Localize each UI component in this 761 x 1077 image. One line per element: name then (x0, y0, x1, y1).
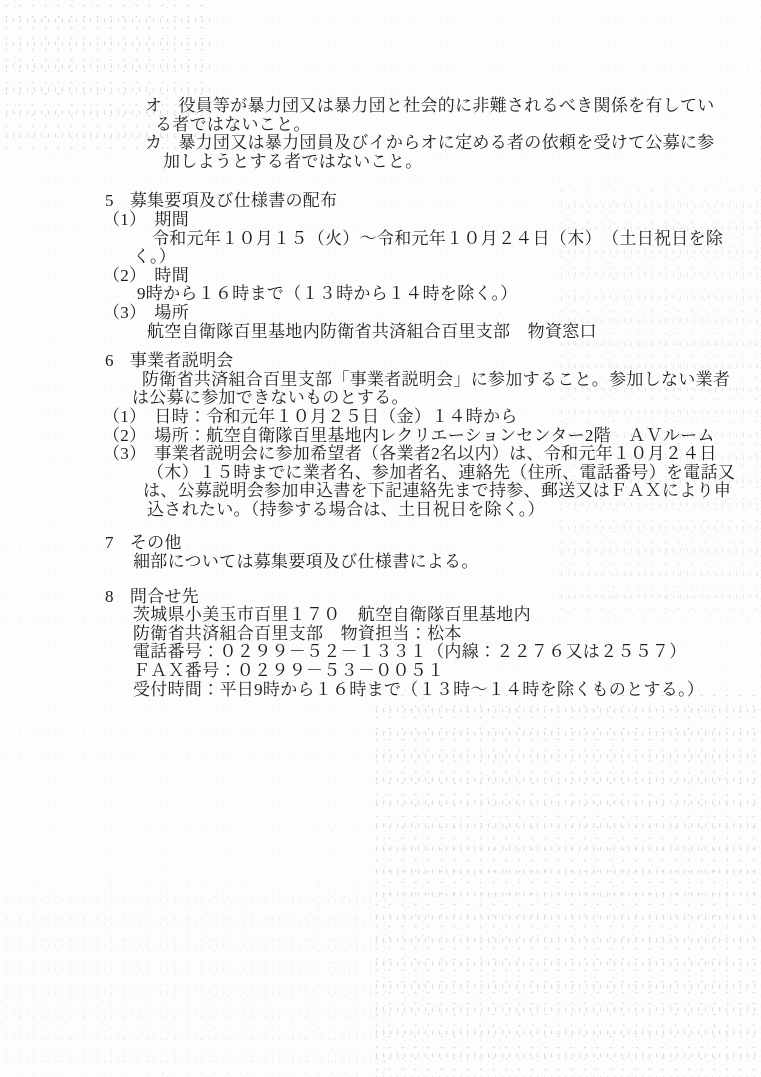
section-title: 問合せ先 (130, 587, 199, 606)
body-line: く。） (103, 248, 735, 267)
section-number: 5 (105, 192, 114, 211)
section-number: 6 (105, 352, 114, 371)
section-title: 事業者説明会 (130, 351, 234, 370)
subitem-marker: （3） (103, 445, 146, 464)
contact-branch-line: 防衛省共済組合百里支部 物資担当：松本 (103, 625, 735, 644)
section-heading: 8問合せ先 (103, 588, 735, 607)
clause-marker: カ (145, 134, 162, 153)
section-heading: 5募集要項及び仕様書の配布 (103, 192, 735, 211)
clause-line: る者ではないこと。 (103, 116, 735, 135)
body-line: 航空自衛隊百里基地内防衛省共済組合百里支部 物資窓口 (103, 323, 735, 342)
scanned-document-page: オ役員等が暴力団又は暴力団と社会的に非難されるべき関係を有してい る者ではないこ… (0, 0, 761, 1077)
section-title: 募集要項及び仕様書の配布 (130, 191, 338, 210)
subitem-text: 場所：航空自衛隊百里基地内レクリエーションセンター2階 ＡＶルーム (154, 426, 714, 445)
body-line: は公募に参加できないものとする。 (103, 389, 735, 408)
clause-text: 暴力団又は暴力団員及びイからオに定める者の依頼を受けて公募に参 (178, 133, 714, 152)
scan-noise-bottom-right (370, 690, 761, 1077)
scan-noise-bottom-left (0, 880, 390, 1077)
body-line: 防衛省共済組合百里支部「事業者説明会」に参加すること。参加しない業者 (103, 371, 735, 390)
subitem-heading: （1）期間 (103, 211, 735, 230)
clause-text: 役員等が暴力団又は暴力団と社会的に非難されるべき関係を有してい (178, 96, 714, 115)
document-content: オ役員等が暴力団又は暴力団と社会的に非難されるべき関係を有してい る者ではないこ… (103, 97, 735, 699)
contact-hours-line: 受付時間：平日9時から１６時まで（１３時～１４時を除くものとする。） (103, 681, 735, 700)
subitem-text: 事業者説明会に参加希望者（各業者2名以内）は、令和元年１０月２４日 (154, 444, 716, 463)
subitem-heading: （1）日時：令和元年１０月２５日（金）１４時から (103, 408, 735, 427)
contact-fax-line: ＦＡＸ番号：０２９９－５３－００５１ (103, 662, 735, 681)
contact-phone-line: 電話番号：０２９９－５２－１３３１（内線：２２７６又は２５５７） (103, 643, 735, 662)
body-line: 令和元年１０月１５（火）～令和元年１０月２４日（木） （土日祝日を除 (103, 230, 735, 249)
subitem-heading: （2）場所：航空自衛隊百里基地内レクリエーションセンター2階 ＡＶルーム (103, 427, 735, 446)
body-line: 細部については募集要項及び仕様書による。 (103, 553, 735, 572)
contact-address-line: 茨城県小美玉市百里１７０ 航空自衛隊百里基地内 (103, 606, 735, 625)
clause-line: 加しようとする者ではないこと。 (103, 153, 735, 172)
body-line: 9時から１６時まで（１３時から１４時を除く。） (103, 285, 735, 304)
subitem-marker: （2） (103, 427, 146, 446)
eligibility-clauses: オ役員等が暴力団又は暴力団と社会的に非難されるべき関係を有してい る者ではないこ… (103, 97, 735, 171)
section-7-other: 7その他 細部については募集要項及び仕様書による。 (103, 534, 735, 571)
section-title: その他 (130, 533, 182, 552)
section-6-briefing: 6事業者説明会 防衛省共済組合百里支部「事業者説明会」に参加すること。参加しない… (103, 352, 735, 519)
subitem-label: 期間 (154, 210, 189, 229)
subitem-marker: （2） (103, 267, 146, 286)
body-line: 込されたい。（持参する場合は、土日祝日を除く。） (103, 501, 735, 520)
section-heading: 6事業者説明会 (103, 352, 735, 371)
subitem-heading: （3）場所 (103, 304, 735, 323)
section-5-distribution: 5募集要項及び仕様書の配布 （1）期間 令和元年１０月１５（火）～令和元年１０月… (103, 192, 735, 341)
section-8-contact: 8問合せ先 茨城県小美玉市百里１７０ 航空自衛隊百里基地内 防衛省共済組合百里支… (103, 588, 735, 700)
subitem-marker: （1） (103, 408, 146, 427)
section-heading: 7その他 (103, 534, 735, 553)
section-number: 7 (105, 534, 114, 553)
subitem-marker: （1） (103, 211, 146, 230)
subitem-label: 時間 (154, 266, 189, 285)
subitem-heading: （3）事業者説明会に参加希望者（各業者2名以内）は、令和元年１０月２４日 (103, 445, 735, 464)
body-line: は、公募説明会参加申込書を下記連絡先まで持参、郵送又はＦＡＸにより申 (103, 482, 735, 501)
clause-marker: オ (145, 97, 162, 116)
clause-line: カ暴力団又は暴力団員及びイからオに定める者の依頼を受けて公募に参 (103, 134, 735, 153)
subitem-marker: （3） (103, 304, 146, 323)
body-line: （木）１５時までに業者名、参加者名、連絡先（住所、電話番号）を電話又 (103, 464, 735, 483)
subitem-heading: （2）時間 (103, 267, 735, 286)
subitem-text: 日時：令和元年１０月２５日（金）１４時から (154, 407, 517, 426)
clause-line: オ役員等が暴力団又は暴力団と社会的に非難されるべき関係を有してい (103, 97, 735, 116)
section-number: 8 (105, 588, 114, 607)
subitem-label: 場所 (154, 303, 189, 322)
